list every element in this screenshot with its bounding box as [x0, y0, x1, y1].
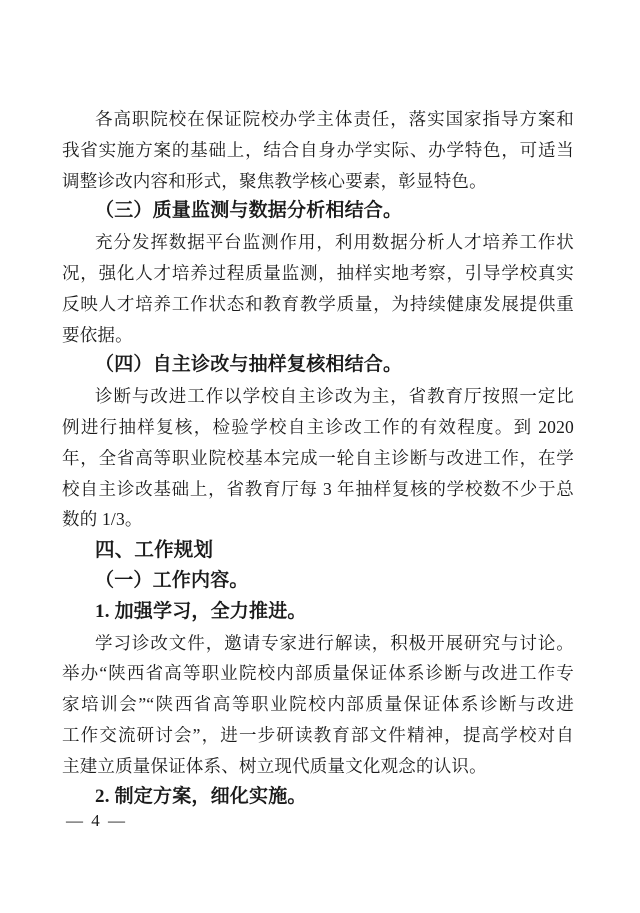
subsection-heading: 2. 制定方案，细化实施。: [62, 782, 574, 813]
paragraph-line: 举办“陕西省高等职业院校内部质量保证体系诊断与改进工作专: [62, 658, 574, 689]
subsection-heading: （四）自主诊改与抽样复核相结合。: [62, 350, 574, 381]
paragraph-line: 调整诊改内容和形式，聚焦教学核心要素，彰显特色。: [62, 166, 574, 197]
paragraph-line: 要依据。: [62, 320, 574, 351]
paragraph-line: 充分发挥数据平台监测作用，利用数据分析人才培养工作状: [62, 227, 574, 258]
paragraph-line: 校自主诊改基础上，省教育厅每 3 年抽样复核的学校数不少于总: [62, 474, 574, 505]
paragraph-line: 年，全省高等职业院校基本完成一轮自主诊断与改进工作，在学: [62, 443, 574, 474]
section-heading: 四、工作规划: [62, 535, 574, 566]
paragraph-line: 况，强化人才培养过程质量监测，抽样实地考察，引导学校真实: [62, 258, 574, 289]
page-number: — 4 —: [66, 808, 127, 834]
paragraph-line: 主建立质量保证体系、树立现代质量文化观念的认识。: [62, 751, 574, 782]
paragraph-line: 家培训会”“陕西省高等职业院校内部质量保证体系诊断与改进: [62, 689, 574, 720]
subsection-heading: （一）工作内容。: [62, 566, 574, 597]
subsection-heading: 1. 加强学习，全力推进。: [62, 597, 574, 628]
paragraph-line: 各高职院校在保证院校办学主体责任，落实国家指导方案和: [62, 104, 574, 135]
paragraph-line: 诊断与改进工作以学校自主诊改为主，省教育厅按照一定比: [62, 381, 574, 412]
paragraph-line: 数的 1/3。: [62, 504, 574, 535]
paragraph-line: 例进行抽样复核，检验学校自主诊改工作的有效程度。到 2020: [62, 412, 574, 443]
subsection-heading: （三）质量监测与数据分析相结合。: [62, 196, 574, 227]
paragraph-line: 我省实施方案的基础上，结合自身办学实际、办学特色，可适当: [62, 135, 574, 166]
paragraph-line: 学习诊改文件，邀请专家进行解读，积极开展研究与讨论。: [62, 628, 574, 659]
document-content: 各高职院校在保证院校办学主体责任，落实国家指导方案和我省实施方案的基础上，结合自…: [62, 104, 574, 812]
document-page: 各高职院校在保证院校办学主体责任，落实国家指导方案和我省实施方案的基础上，结合自…: [0, 0, 640, 913]
paragraph-line: 反映人才培养工作状态和教育教学质量，为持续健康发展提供重: [62, 289, 574, 320]
paragraph-line: 工作交流研讨会”，进一步研读教育部文件精神，提高学校对自: [62, 720, 574, 751]
